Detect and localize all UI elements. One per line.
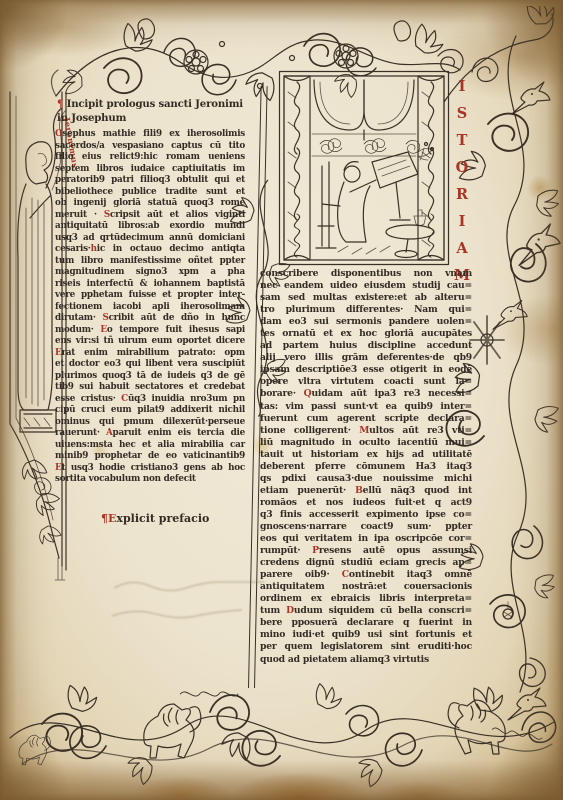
text-line: meruit · Scripsit aūt et alios viginti bbox=[55, 210, 245, 222]
vertical-letter: O bbox=[451, 159, 473, 186]
vertical-letter: I bbox=[451, 78, 473, 105]
text-line: in Josephum bbox=[57, 112, 263, 126]
initial-h-woodcut bbox=[278, 70, 450, 266]
text-line: uiuens:msta hec et alia mirabilia car bbox=[55, 440, 245, 452]
text-line: tum libro manifestissime oñtet ppter bbox=[55, 256, 245, 268]
text-line: sacerdos/a vespasiano captus cū tito bbox=[55, 141, 245, 153]
text-line: nec eandem uideo eiusdem studij cau= bbox=[260, 280, 472, 292]
text-line: filio eius relict9:hic romam ueniens bbox=[55, 152, 245, 164]
text-line: et doctor eo3 qui libent vera suscipiūt bbox=[55, 359, 245, 371]
text-line: conscribere disponentibus non vnam bbox=[260, 268, 472, 280]
text-line: Osephus mathie fili9 ex iherosolimis bbox=[55, 129, 245, 141]
right-text-column: conscribere disponentibus non vnamnec ea… bbox=[260, 268, 472, 666]
text-line: deberent pferre cōmunem Ha3 itaq3 bbox=[260, 461, 472, 473]
vertical-letter: R bbox=[451, 186, 473, 213]
text-line: Erat enim mirabilium patrato: opm bbox=[55, 348, 245, 360]
text-line: dam eo3 sui sermonis pandere uolen= bbox=[260, 316, 472, 328]
text-line: tauit ut historiam ex hijs ad utilitatē bbox=[260, 449, 472, 461]
text-line: antiquitatem nostrā:et couersacionis bbox=[260, 581, 472, 593]
text-line: modum· Eo tempore fuit ihesus sapi bbox=[55, 325, 245, 337]
text-line: fectionem iacobi apli iherosolimam bbox=[55, 302, 245, 314]
text-line: ens vir:si tñ uirum eum oportet dicere bbox=[55, 336, 245, 348]
text-line: liū magnitudo in oculto iacentiū mui= bbox=[260, 437, 472, 449]
rubric-heading: ¶ Incipit prologus sancti Jeronimiin Jos… bbox=[57, 98, 263, 125]
text-line: parere oib9· Continebit itaq3 omnē bbox=[260, 569, 472, 581]
text-line: sortita vocabulum non defecit bbox=[55, 474, 245, 486]
text-line: ¶ Incipit prologus sancti Jeronimi bbox=[57, 98, 263, 112]
text-line: alij vero illis grām deferentes·de qb9 bbox=[260, 352, 472, 364]
text-line: tro plurimum differentes· Nam qui= bbox=[260, 304, 472, 316]
text-line: bere pposuerā declarare q fuerint in bbox=[260, 617, 472, 629]
text-line: tum Dudum siquidem cū bella conscri= bbox=[260, 605, 472, 617]
book-page: Jeronimus bbox=[0, 0, 563, 800]
text-line: magnitudinem signo3 xpm a pha bbox=[55, 267, 245, 279]
text-line: ad partem huius discipline accedunt bbox=[260, 340, 472, 352]
text-line: minib9 prophetar de eo vaticinantib9 bbox=[55, 451, 245, 463]
text-line: tib9 sui habuit sectatores et credebat bbox=[55, 382, 245, 394]
text-line: ordinem ex ebraicis libris interpreta= bbox=[260, 593, 472, 605]
explicit-line: ¶Explicit prefacio bbox=[101, 512, 251, 525]
text-line: tione colligerent· Multos aūt re3 vti= bbox=[260, 425, 472, 437]
text-line: q3 finis accesserit expimento ipse co= bbox=[260, 509, 472, 521]
text-line: rumpūt· Presens autē opus assumsi bbox=[260, 545, 472, 557]
text-line: romāos et nos iudeos fuit·et q act9 bbox=[260, 497, 472, 509]
text-line: bibeliothece publice tradite sunt et bbox=[55, 187, 245, 199]
text-line: fuerunt cum agerent scripte declara= bbox=[260, 413, 472, 425]
vertical-letter: T bbox=[451, 132, 473, 159]
text-line: eos qui veritatem in ipa oscripcōe cor= bbox=[260, 533, 472, 545]
text-line: tas: vim passi sunt·vt ea quib9 inter= bbox=[260, 401, 472, 413]
left-text-column: Osephus mathie fili9 ex iherosolimissace… bbox=[55, 129, 245, 486]
text-line: dirutam· Scribit aūt de dño in hunc bbox=[55, 313, 245, 325]
text-line: peratorib9 patri filioq3 obtulit qui et bbox=[55, 175, 245, 187]
text-line: ob ingenij gloriā statuā quoq3 rome bbox=[55, 198, 245, 210]
text-line: borare· Quidam aūt ipa3 re3 necessi= bbox=[260, 388, 472, 400]
text-line: sam sed multas existere:et ab alteru= bbox=[260, 292, 472, 304]
text-line: cipū cruci eum pilat9 addixerit nichil bbox=[55, 405, 245, 417]
text-line: ¶Explicit prefacio bbox=[101, 512, 251, 525]
text-line: gnoscens·narrare coact9 sum· ppter bbox=[260, 521, 472, 533]
bottom-border-ornament bbox=[2, 674, 561, 798]
text-line: credens dignū studiū eciam grecis ap= bbox=[260, 557, 472, 569]
text-line: per quem legislatorem sint eruditi·hoc bbox=[260, 641, 472, 653]
text-line: rauerunt· Aparuit enim eis tercia die bbox=[55, 428, 245, 440]
text-line: vere pphetam fuisse et propter inter- bbox=[55, 290, 245, 302]
text-line: cesaris·hic in octauo decimo antiqta bbox=[55, 244, 245, 256]
vertical-letter: S bbox=[451, 105, 473, 132]
text-line: antiquitatū libros:ab exordio mundi bbox=[55, 221, 245, 233]
text-line: usq3 ad qrtūdecimum annū domiciani bbox=[55, 233, 245, 245]
text-line: mino iudi·et quib9 usi sint fortunis et bbox=[260, 629, 472, 641]
text-line: Et usq3 hodie cristiano3 gens ab hoc bbox=[55, 463, 245, 475]
text-line: qs pdixi causa3·due nouissime michi bbox=[260, 473, 472, 485]
text-line: opere vltra virtutem coacti sunt la= bbox=[260, 376, 472, 388]
vertical-letter: I bbox=[451, 213, 473, 240]
text-line: tes ornatū et ex hoc gloriā aucupātes bbox=[260, 328, 472, 340]
text-line: ipsam descriptiōe3 esse otigerit in eodē bbox=[260, 364, 472, 376]
text-line: plurimos quoq3 tā de iudeis q3 de gē bbox=[55, 371, 245, 383]
text-line: septem libros iudaice captiuitatis im bbox=[55, 164, 245, 176]
text-line: esse cristus· Cūq3 inuidia nro3um pn bbox=[55, 394, 245, 406]
initial-vertical-letters: ISTORIAM bbox=[451, 78, 473, 294]
vertical-letter: A bbox=[451, 240, 473, 267]
text-line: riseis interfectū & iohannem baptistā bbox=[55, 279, 245, 291]
text-line: quod ad pietatem aliamq3 virtutis bbox=[260, 654, 472, 666]
faint-inscription bbox=[108, 572, 278, 642]
text-line: etiam puenerūt· Bellū nāq3 quod int bbox=[260, 485, 472, 497]
text-line: ominus qui pmum dilexerūt·perseue bbox=[55, 417, 245, 429]
